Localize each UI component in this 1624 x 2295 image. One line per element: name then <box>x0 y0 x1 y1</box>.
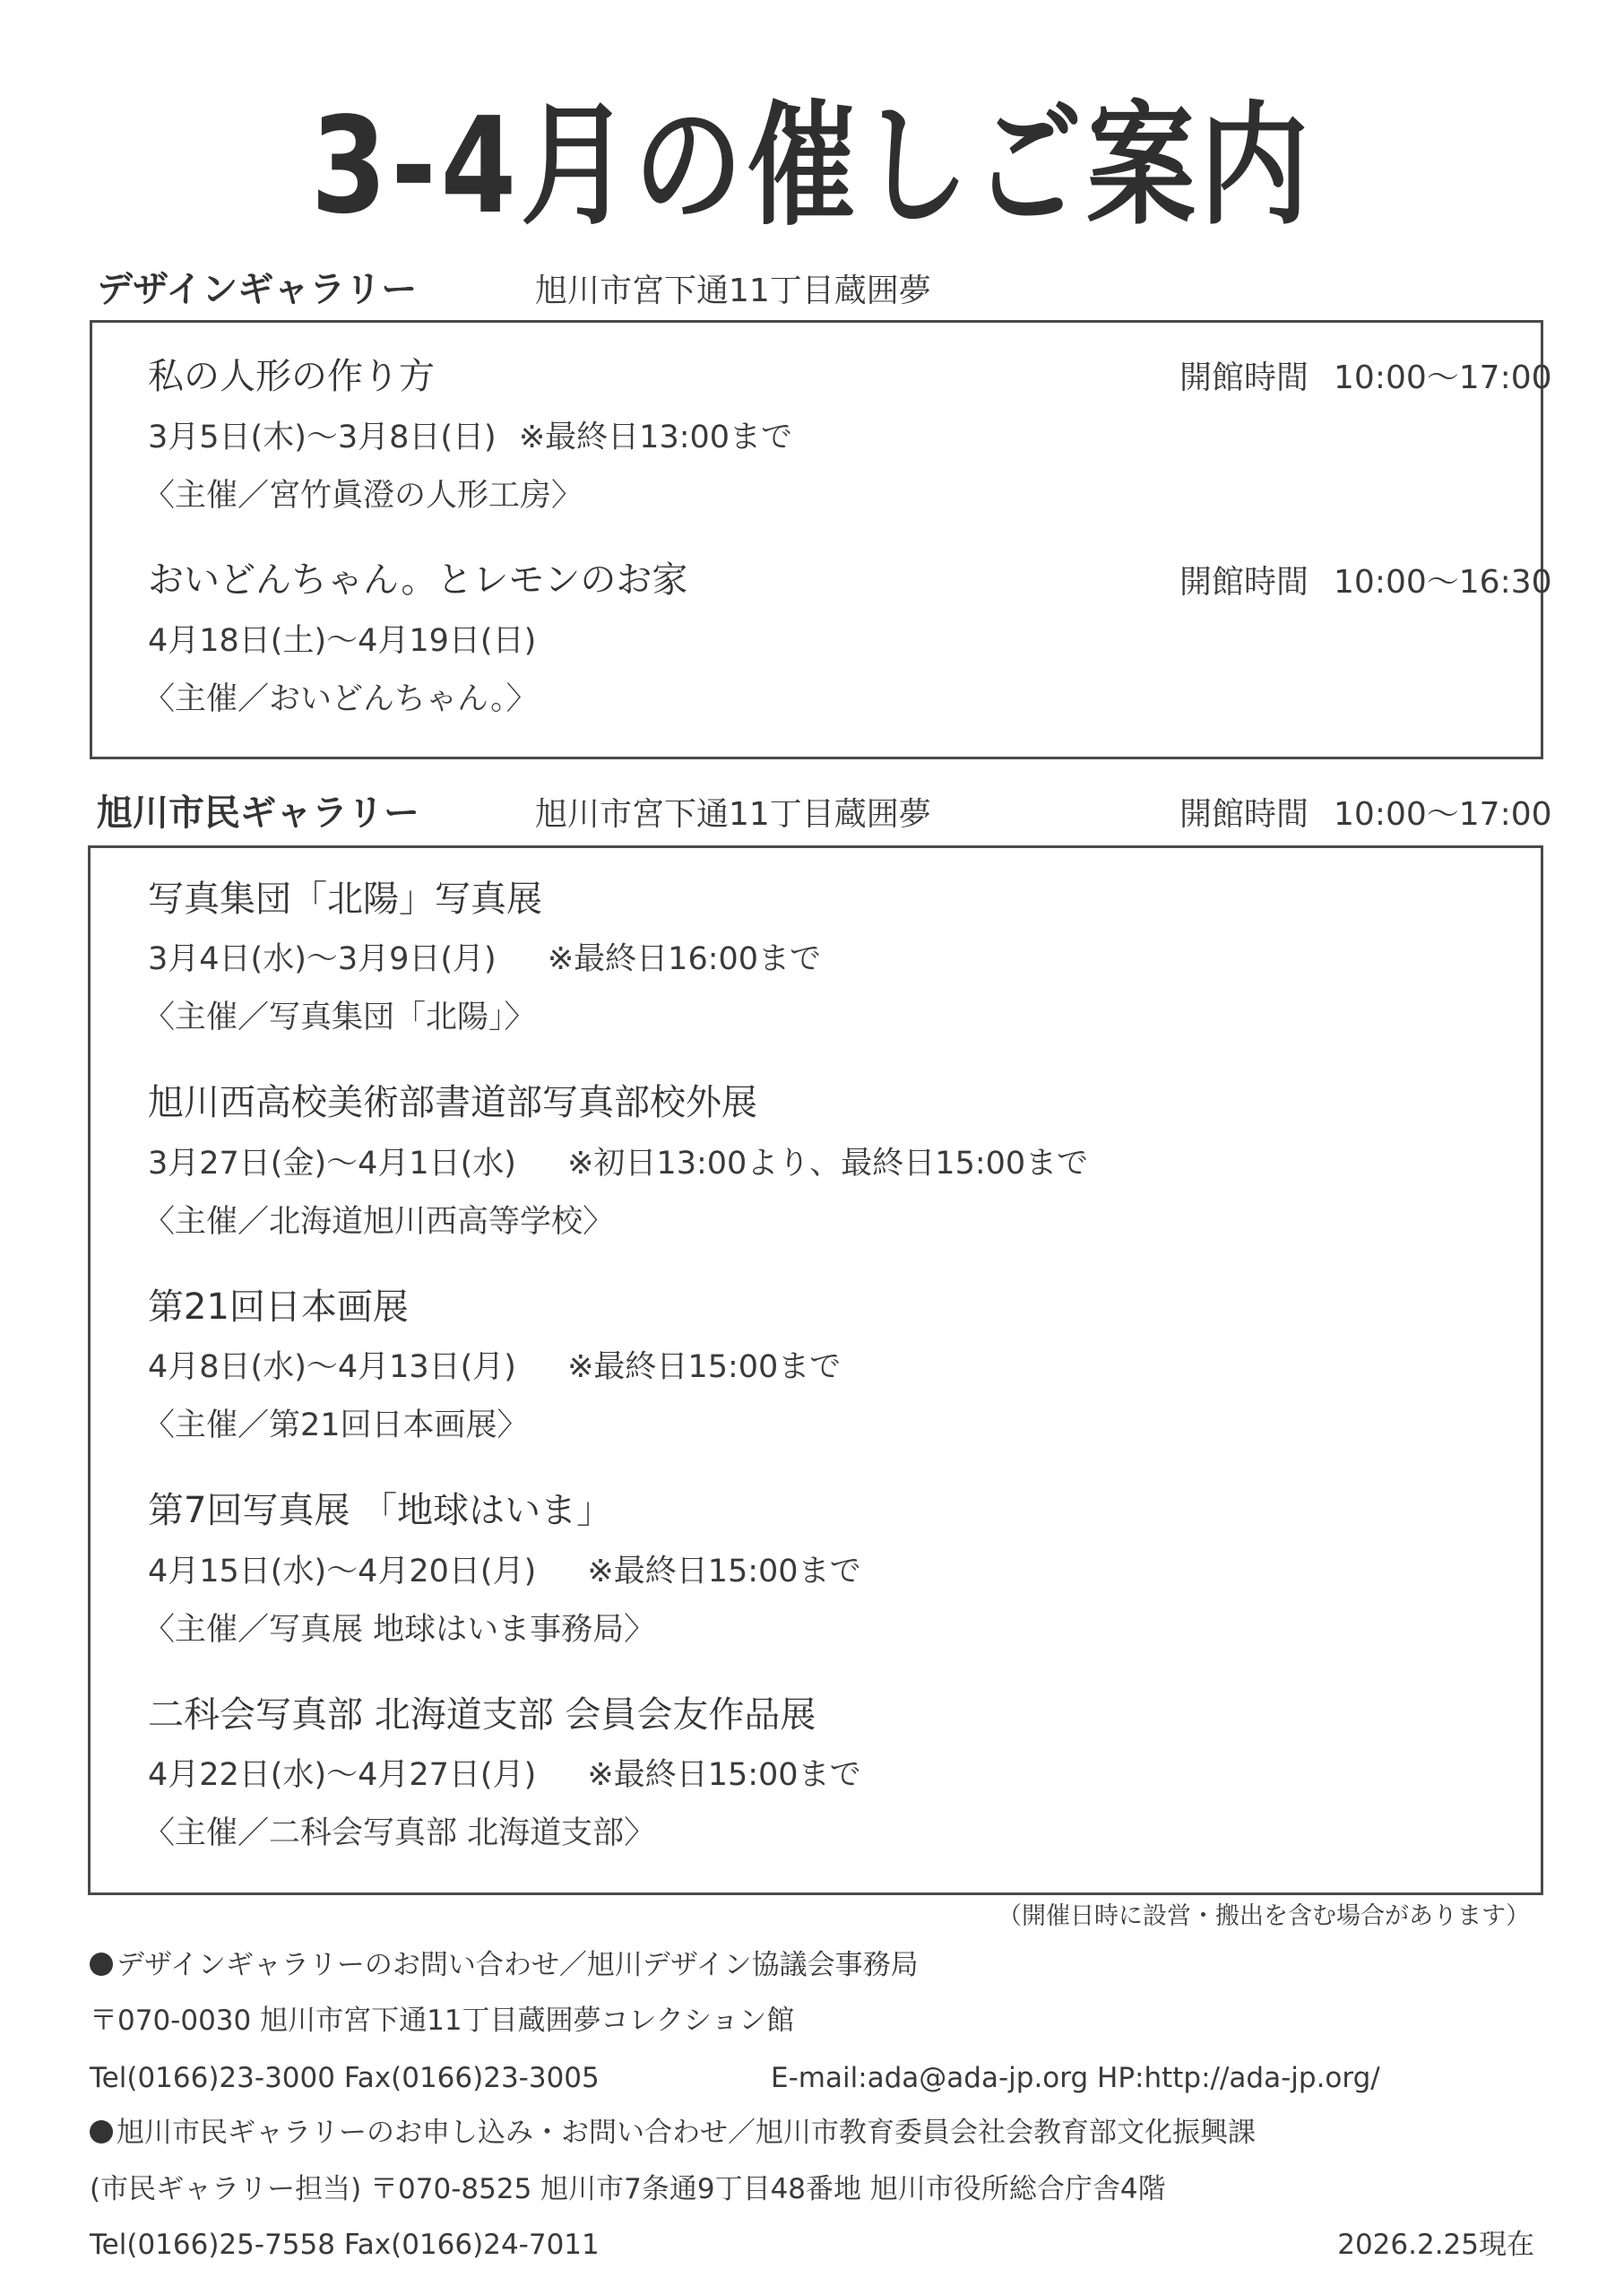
hours-label: 開館時間 <box>1179 796 1309 833</box>
event-organizer: 〈主催／おいどんちゃん。〉 <box>143 677 538 722</box>
design-contact-tel-fax: Tel(0166)23-3000 Fax(0166)23-3005 <box>90 2058 600 2098</box>
event-dates-line: 3月27日(金)〜4月1日(水) ※初日13:00より、最終日15:00まで <box>148 1141 1088 1186</box>
citizen-gallery-address: 旭川市宮下通11丁目蔵囲夢 <box>535 792 931 837</box>
event-title: 二科会写真部 北海道支部 会員会友作品展 <box>148 1693 816 1737</box>
event-note: ※最終日16:00まで <box>548 941 821 977</box>
design-contact-heading-text: デザインギャラリーのお問い合わせ／旭川デザイン協議会事務局 <box>117 1949 919 1981</box>
event-hours: 開館時間10:00〜16:30 <box>1179 560 1552 605</box>
event-note: ※初日13:00より、最終日15:00まで <box>567 1146 1088 1182</box>
citizen-gallery-hours: 開館時間10:00〜17:00 <box>1179 792 1552 837</box>
citizen-contact-address: (市民ギャラリー担当) 〒070-8525 旭川市7条通9丁目48番地 旭川市役… <box>90 2169 1166 2209</box>
event-dates: 3月5日(木)〜3月8日(日) <box>148 420 497 455</box>
event-organizer: 〈主催／宮竹眞澄の人形工房〉 <box>143 473 583 518</box>
design-contact-heading: デザインギャラリーのお問い合わせ／旭川デザイン協議会事務局 <box>90 1945 919 1985</box>
design-contact-address: 〒070-0030 旭川市宮下通11丁目蔵囲夢コレクション館 <box>90 2001 794 2040</box>
setup-disclaimer: （開催日時に設営・搬出を含む場合があります） <box>998 1899 1530 1935</box>
event-title: 第21回日本画展 <box>148 1285 409 1329</box>
event-title: 私の人形の作り方 <box>148 354 435 399</box>
event-note: ※最終日15:00まで <box>567 1349 841 1385</box>
event-organizer: 〈主催／写真展 地球はいま事務局〉 <box>143 1607 655 1652</box>
event-dates: 4月22日(水)〜4月27日(月) <box>148 1757 536 1793</box>
event-dates: 4月8日(水)〜4月13日(月) <box>148 1349 516 1385</box>
event-hours: 開館時間10:00〜17:00 <box>1179 356 1552 401</box>
citizen-contact-heading-text: 旭川市民ギャラリーのお申し込み・お問い合わせ／旭川市教育委員会社会教育部文化振興… <box>117 2117 1256 2149</box>
design-gallery-address: 旭川市宮下通11丁目蔵囲夢 <box>535 269 931 314</box>
bullet-icon <box>90 2120 113 2143</box>
event-dates-line: 4月15日(水)〜4月20日(月) ※最終日15:00まで <box>148 1549 861 1594</box>
event-note: ※最終日15:00まで <box>587 1554 860 1589</box>
as-of-date: 2026.2.25現在 <box>1337 2225 1534 2265</box>
design-contact-email-hp[interactable]: E-mail:ada@ada-jp.org HP:http://ada-jp.o… <box>771 2058 1380 2098</box>
event-organizer: 〈主催／北海道旭川西高等学校〉 <box>143 1199 614 1244</box>
event-organizer: 〈主催／第21回日本画展〉 <box>143 1403 529 1448</box>
hours-label: 開館時間 <box>1179 564 1309 601</box>
event-title: 旭川西高校美術部書道部写真部校外展 <box>148 1080 757 1125</box>
event-title: 第7回写真展 「地球はいま」 <box>148 1488 612 1533</box>
event-dates: 3月27日(金)〜4月1日(水) <box>148 1146 516 1182</box>
hours-label: 開館時間 <box>1179 359 1309 396</box>
hours-value: 10:00〜17:00 <box>1334 359 1552 396</box>
event-title: 写真集団「北陽」写真展 <box>148 877 542 922</box>
event-note: ※最終日13:00まで <box>519 420 792 455</box>
page-title: 3-4月の催しご案内 <box>146 90 1478 242</box>
hours-value: 10:00〜17:00 <box>1334 796 1552 833</box>
event-dates-line: 4月8日(水)〜4月13日(月) ※最終日15:00まで <box>148 1345 841 1390</box>
event-dates-line: 4月22日(水)〜4月27日(月) ※最終日15:00まで <box>148 1753 861 1797</box>
event-organizer: 〈主催／二科会写真部 北海道支部〉 <box>143 1811 655 1856</box>
design-gallery-heading: デザインギャラリー <box>97 267 417 312</box>
event-dates: 4月18日(土)〜4月19日(日) <box>148 623 536 659</box>
event-organizer: 〈主催／写真集団「北陽」〉 <box>143 995 536 1040</box>
bullet-icon <box>90 1953 113 1976</box>
hours-value: 10:00〜16:30 <box>1334 564 1552 601</box>
event-dates-line: 3月5日(木)〜3月8日(日) ※最終日13:00まで <box>148 415 792 460</box>
citizen-contact-tel-fax: Tel(0166)25-7558 Fax(0166)24-7011 <box>90 2225 600 2265</box>
event-dates: 3月4日(水)〜3月9日(月) <box>148 941 497 977</box>
event-dates-line: 4月18日(土)〜4月19日(日) <box>148 619 536 663</box>
event-title: おいどんちゃん。とレモンのお家 <box>148 558 687 602</box>
event-note: ※最終日15:00まで <box>587 1757 860 1793</box>
citizen-gallery-heading: 旭川市民ギャラリー <box>97 791 419 836</box>
event-dates-line: 3月4日(水)〜3月9日(月) ※最終日16:00まで <box>148 937 821 982</box>
event-dates: 4月15日(水)〜4月20日(月) <box>148 1554 536 1589</box>
citizen-contact-heading: 旭川市民ギャラリーのお申し込み・お問い合わせ／旭川市教育委員会社会教育部文化振興… <box>90 2113 1256 2152</box>
